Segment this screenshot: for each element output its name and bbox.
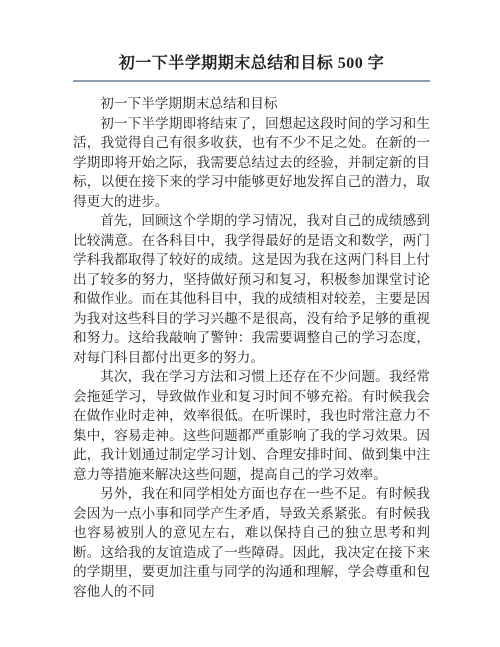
body-heading-line: 初一下半学期期末总结和目标: [73, 94, 430, 114]
document-title: 初一下半学期期末总结和目标 500 字: [73, 52, 430, 76]
paragraph-first-point: 首先，回顾这个学期的学习情况，我对自己的成绩感到比较满意。在各科目中，我学得最好…: [73, 211, 430, 367]
paragraph-second-point: 其次，我在学习方法和习惯上还存在不少问题。我经常会拖延学习，导致做作业和复习时间…: [73, 367, 430, 484]
paragraph-intro: 初一下半学期即将结束了，回想起这段时间的学习和生活，我觉得自己有很多收获，也有不…: [73, 114, 430, 212]
paragraph-third-point: 另外，我在和同学相处方面也存在一些不足。有时候我会因为一点小事和同学产生矛盾，导…: [73, 484, 430, 601]
title-divider: [73, 80, 430, 82]
document-page: 初一下半学期期末总结和目标 500 字 初一下半学期期末总结和目标 初一下半学期…: [0, 0, 500, 647]
document-body: 初一下半学期期末总结和目标 初一下半学期即将结束了，回想起这段时间的学习和生活，…: [73, 94, 430, 601]
